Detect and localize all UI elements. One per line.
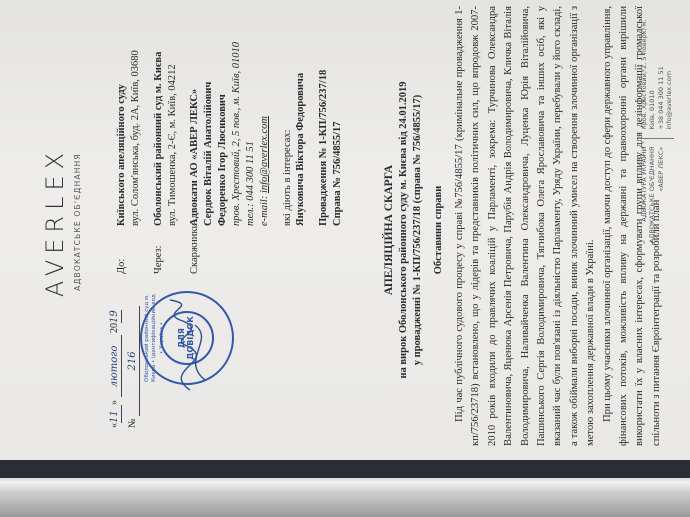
complainants-phone: тел.: 044 300 11 51 [244,9,258,226]
letterhead-footer: АДВОКАТУРА УКРАЇНИ АДВОКАТСЬКЕ ОБ'ЄДНАНН… [640,10,674,260]
interest-name: Януковича Віктора Федоровича [294,9,308,226]
complainant-1: Сердюк Віталій Анатолійович [202,9,216,226]
to-court-name: Київського апеляційного суду [115,9,129,226]
outgoing-number: 216 [126,306,140,416]
firm-logo: AVERLEX АДВОКАТСЬКЕ ОБ'ЄДНАННЯ [40,142,83,302]
footer-email: info@averlex.com [665,10,673,130]
document-title: АПЕЛЯЦІЙНА СКАРГА на вирок Оболонського … [382,20,425,440]
title-line-2: на вирок Оболонського районного суду м. … [397,20,411,440]
section-heading: Обставини справи [432,20,446,440]
quote-close: » [109,400,120,405]
date-month: лютого [108,336,122,398]
via-label: Через: [152,226,180,274]
email-link[interactable]: info@averlex.com [259,116,270,193]
via-court-name: Оболонський районний суд м. Києва [152,9,166,226]
proceeding-number: Провадження № 1-КП/756/237/18 [317,9,331,226]
to-court-address: вул. Солом'янська, буд. 2А, Київ, 03680 [129,9,143,226]
interest-label: які діють в інтересах: [281,9,295,226]
logo-subtitle: АДВОКАТСЬКЕ ОБ'ЄДНАННЯ [73,142,83,302]
addressee-block: До: Київського апеляційного суду вул. Со… [115,9,354,274]
year-prefix: 20 [109,323,120,333]
quote-open: « [109,423,120,428]
year-suffix: 19 [108,310,122,323]
footer-address: пров. Хрестовий, 2, 5 поверх, м. Київ, 0… [640,10,657,130]
complainants-address: пров. Хрестовий, 2, 5 пов., м. Київ, 010… [230,9,244,226]
number-label: № [127,418,138,428]
document-body: Під час публічного судового процесу у сп… [452,6,665,446]
email-label: e-mail: [259,193,270,226]
complainants-label: Скаржники: [188,226,345,274]
document-page: AVERLEX АДВОКАТСЬКЕ ОБ'ЄДНАННЯ «11» люто… [0,0,690,460]
date-day: 11 [108,405,122,423]
to-label: До: [115,226,143,274]
paragraph-1: Під час публічного судового процесу у сп… [452,6,600,446]
footer-bar-name: АДВОКАТУРА УКРАЇНИ [640,147,648,260]
complainant-firm: Адвокати АО «АВЕР ЛЕКС» [188,9,202,226]
footer-phone: +38 044 300 11 51 [657,10,665,130]
title-line-3: у провадженні № 1-КП/756/237/18 (справа … [411,20,425,440]
case-number: Справа № 756/4855/17 [331,9,345,226]
outgoing-date-number: «11» лютого 2019 № 216 [108,306,140,428]
footer-firm-name: АДВОКАТСЬКЕ ОБ'ЄДНАННЯ «АВЕР ЛЕКС» [648,147,665,260]
via-court-address: вул. Тимошенка, 2-Є, м. Київ, 04212 [166,9,180,226]
complainant-2: Федоренко Ігор Люсикович [216,9,230,226]
title-heading: АПЕЛЯЦІЙНА СКАРГА [382,20,397,440]
signature-icon [150,290,230,400]
logo-mark: AVERLEX [40,142,72,302]
page-fold-shadow [0,478,690,517]
